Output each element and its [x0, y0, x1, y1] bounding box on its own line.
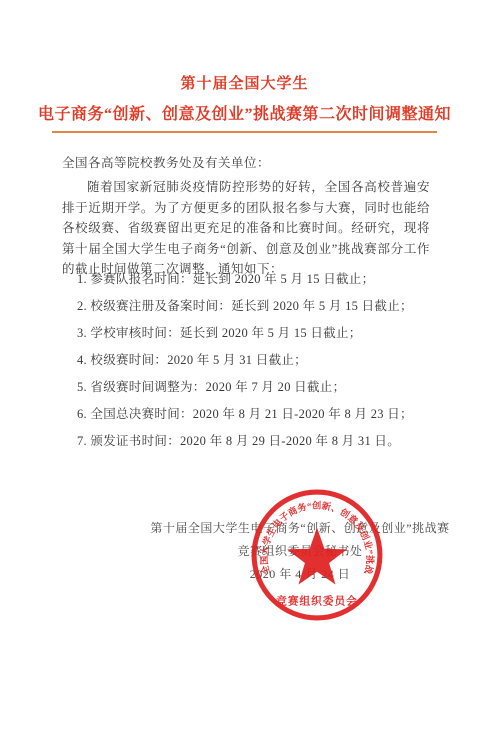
- list-item-certificates: 7. 颁发证书时间：2020 年 8 月 29 日-2020 年 8 月 31 …: [77, 428, 437, 455]
- intro-paragraph: 随着国家新冠肺炎疫情防控形势的好转，全国各高校普遍安排于近期开学。为了方便更多的…: [62, 177, 430, 280]
- stamp-committee-text: 竞赛组织委员会: [276, 595, 358, 608]
- list-item-school-contest: 4. 校级赛时间：2020 年 5 月 31 日截止；: [77, 347, 437, 374]
- notice-document: 第十届全国大学生 电子商务“创新、创意及创业”挑战赛第二次时间调整通知 全国各高…: [0, 0, 489, 734]
- list-item-school-review: 3. 学校审核时间：延长到 2020 年 5 月 15 日截止；: [77, 320, 437, 347]
- notice-title-line1: 第十届全国大学生: [0, 72, 489, 93]
- schedule-list: 1. 参赛队报名时间：延长到 2020 年 5 月 15 日截止； 2. 校级赛…: [77, 266, 437, 455]
- list-item-school-contest-registration: 2. 校级赛注册及备案时间：延长到 2020 年 5 月 15 日截止；: [77, 293, 437, 320]
- official-stamp: 全国大学生电子商务“创新、创意及创业”挑战赛 竞赛组织委员会: [248, 486, 386, 624]
- star-icon: [287, 528, 347, 585]
- salutation: 全国各高等院校教务处及有关单位：: [62, 153, 270, 171]
- list-item-provincial-contest: 5. 省级赛时间调整为：2020 年 7 月 20 日截止；: [77, 374, 437, 401]
- title-divider: [52, 131, 437, 133]
- list-item-registration: 1. 参赛队报名时间：延长到 2020 年 5 月 15 日截止；: [77, 266, 437, 293]
- list-item-national-final: 6. 全国总决赛时间：2020 年 8 月 21 日-2020 年 8 月 23…: [77, 401, 437, 428]
- notice-title-line2: 电子商务“创新、创意及创业”挑战赛第二次时间调整通知: [0, 101, 489, 124]
